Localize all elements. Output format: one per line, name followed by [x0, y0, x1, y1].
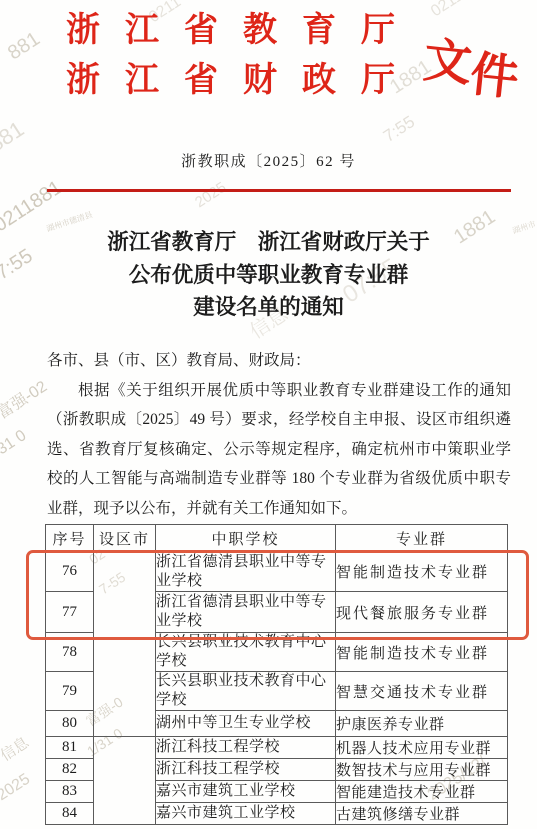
agency-name-line2: 浙江省财政厅: [66, 52, 420, 101]
cell-serial-no: 80: [46, 711, 94, 737]
cell-specialty-group: 护康医养专业群: [336, 711, 508, 737]
doc-number: 浙教职成〔2025〕62 号: [0, 150, 537, 171]
cell-school: 长兴县职业技术教育中心学校: [156, 633, 336, 672]
cell-serial-no: 81: [46, 737, 94, 759]
table-row: 81浙江科技工程学校机器人技术应用专业群: [46, 737, 508, 759]
agency-name-line1: 浙江省教育厅: [66, 2, 420, 51]
scanned-notice-document: 88188102110211818817:55202502118817:55湖州…: [0, 0, 537, 829]
file-label: 文件: [421, 21, 524, 100]
cell-school: 嘉兴市建筑工业学校: [156, 803, 336, 825]
cell-specialty-group: 现代餐旅服务专业群: [336, 592, 508, 633]
cell-specialty-group: 数智技术与应用专业群: [336, 759, 508, 781]
cell-school: 浙江科技工程学校: [156, 759, 336, 781]
notice-title-line1: 浙江省教育厅 浙江省财政厅关于: [0, 226, 537, 259]
cell-city: [94, 552, 156, 737]
cell-specialty-group: 智能制造技术专业群: [336, 552, 508, 592]
cell-serial-no: 76: [46, 552, 94, 592]
watermark-fragment: 881: [4, 28, 45, 65]
cell-specialty-group: 机器人技术应用专业群: [336, 737, 508, 759]
watermark-fragment: 31 0: [0, 427, 30, 459]
cell-school: 湖州中等卫生专业学校: [156, 711, 336, 737]
schools-table-body: 76浙江省德清县职业中等专业学校智能制造技术专业群77浙江省德清县职业中等专业学…: [46, 552, 508, 825]
watermark-fragment: 2025: [192, 179, 229, 211]
cell-serial-no: 84: [46, 803, 94, 825]
cell-serial-no: 77: [46, 592, 94, 633]
cell-school: 浙江科技工程学校: [156, 737, 336, 759]
cell-school: 嘉兴市建筑工业学校: [156, 781, 336, 803]
watermark-fragment: 富强-02: [0, 374, 51, 423]
cell-specialty-group: 古建筑修缮专业群: [336, 803, 508, 825]
cell-serial-no: 78: [46, 633, 94, 672]
table-header-cell: 序号: [46, 525, 94, 552]
file-label-char2: 件: [467, 35, 522, 109]
cell-specialty-group: 智能建造技术专业群: [336, 781, 508, 803]
watermark-fragment: 2025: [0, 771, 34, 805]
table-row: 76浙江省德清县职业中等专业学校智能制造技术专业群: [46, 552, 508, 592]
body-paragraph: 根据《关于组织开展优质中等职业教育专业群建设工作的通知（浙教职成〔2025〕49…: [47, 376, 511, 524]
notice-body: 各市、县（市、区）教育局、财政局： 根据《关于组织开展优质中等职业教育专业群建设…: [47, 346, 511, 524]
table-header-cell: 设区市: [94, 525, 156, 552]
notice-title-line2: 公布优质中等职业教育专业群: [0, 259, 537, 292]
cell-specialty-group: 智慧交通技术专业群: [336, 672, 508, 711]
watermark-fragment: 信息: [0, 732, 33, 766]
watermark-fragment: 02118: [428, 0, 474, 21]
cell-school: 浙江省德清县职业中等专业学校: [156, 592, 336, 633]
cell-city: [94, 737, 156, 825]
notice-title-line3: 建设名单的通知: [0, 291, 537, 324]
cell-serial-no: 82: [46, 759, 94, 781]
salutation: 各市、县（市、区）教育局、财政局：: [47, 346, 511, 376]
table-header-row: 序号设区市中职学校专业群: [46, 525, 508, 552]
table-header-cell: 专业群: [336, 525, 508, 552]
schools-table: 序号设区市中职学校专业群 76浙江省德清县职业中等专业学校智能制造技术专业群77…: [45, 524, 508, 825]
table-header-cell: 中职学校: [156, 525, 336, 552]
cell-specialty-group: 智能制造技术专业群: [336, 633, 508, 672]
cell-school: 浙江省德清县职业中等专业学校: [156, 552, 336, 592]
watermark-fragment: 7:55: [380, 112, 419, 147]
cell-school: 长兴县职业技术教育中心学校: [156, 672, 336, 711]
red-divider-line: [47, 189, 511, 192]
cell-serial-no: 79: [46, 672, 94, 711]
cell-serial-no: 83: [46, 781, 94, 803]
notice-title: 浙江省教育厅 浙江省财政厅关于 公布优质中等职业教育专业群 建设名单的通知: [0, 226, 537, 324]
file-label-char1: 文: [421, 34, 474, 92]
